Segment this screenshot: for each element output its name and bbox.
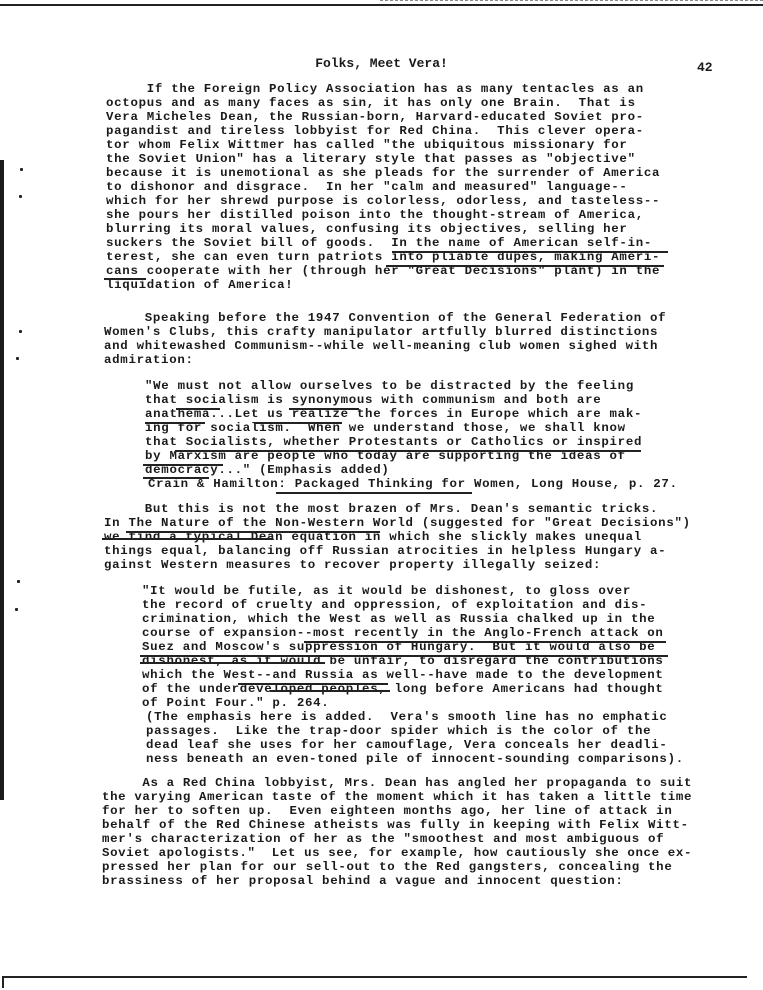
text-line: admiration: bbox=[104, 353, 194, 367]
handwritten-underline bbox=[140, 662, 325, 664]
text-line: Women's Clubs, this crafty manipulator a… bbox=[104, 325, 658, 339]
text-line-underlined: suckers the Soviet bill of goods. In the… bbox=[106, 236, 652, 250]
quote-line: crimination, which the West as well as R… bbox=[142, 612, 655, 626]
handwritten-underline bbox=[289, 408, 359, 410]
text-line: for her to soften up. Even eighteen mont… bbox=[102, 804, 672, 818]
text-line: octopus and as many faces as sin, it has… bbox=[106, 96, 636, 110]
page-number: 42 bbox=[697, 60, 713, 75]
left-scan-edge bbox=[0, 160, 4, 800]
quote-line: which the West--and Russia as well--have… bbox=[142, 668, 664, 682]
handwritten-underline bbox=[140, 655, 668, 657]
handwritten-underline bbox=[102, 538, 272, 540]
top-scan-dotted-edge bbox=[380, 0, 763, 2]
top-scan-border bbox=[0, 4, 763, 6]
scan-speck bbox=[19, 330, 22, 333]
quote-line: that socialism is synonymous with commun… bbox=[145, 393, 601, 407]
handwritten-underline bbox=[145, 422, 205, 424]
note-line: dead leaf she uses for her camouflage, V… bbox=[146, 738, 668, 752]
scan-speck bbox=[20, 168, 23, 171]
handwritten-underline bbox=[270, 690, 390, 692]
page-title: Folks, Meet Vera! bbox=[0, 56, 763, 71]
text-line: things equal, balancing off Russian atro… bbox=[104, 544, 666, 558]
text-line: behalf of the Red Chinese atheists was f… bbox=[102, 818, 689, 832]
handwritten-underline bbox=[386, 265, 664, 267]
handwritten-underline bbox=[304, 641, 666, 643]
text-line: liquidation of America! bbox=[106, 278, 293, 292]
quote-line: that Socialists, whether Protestants or … bbox=[145, 435, 642, 449]
text-line: In The Nature of the Non-Western World (… bbox=[104, 516, 691, 530]
handwritten-underline bbox=[392, 251, 668, 253]
quote-line: of Point Four." p. 264. bbox=[142, 696, 329, 710]
scan-speck bbox=[16, 357, 19, 360]
handwritten-underline bbox=[143, 477, 209, 479]
quote-line: "It would be futile, as it would be dish… bbox=[142, 584, 631, 598]
text-line: which for her shrewd purpose is colorles… bbox=[106, 194, 660, 208]
note-line: passages. Like the trap-door spider whic… bbox=[146, 724, 651, 738]
note-line: ness beneath an even-toned pile of innoc… bbox=[146, 752, 684, 766]
text-line: If the Foreign Policy Association has as… bbox=[106, 82, 644, 96]
text-line: the varying American taste of the moment… bbox=[102, 790, 692, 804]
scan-speck bbox=[19, 195, 22, 198]
quote-line: ing for socialism. When we understand th… bbox=[145, 421, 626, 435]
handwritten-underline bbox=[143, 464, 223, 466]
quote-line: of the underdeveloped peoples, long befo… bbox=[142, 682, 664, 696]
bottom-scan-border bbox=[2, 976, 747, 978]
scan-speck bbox=[17, 580, 20, 583]
text-line: blurring its moral values, confusing its… bbox=[106, 222, 628, 236]
text-line: Soviet apologists." Let us see, for exam… bbox=[102, 846, 692, 860]
text-line: tor whom Felix Wittmer has called "the u… bbox=[106, 138, 628, 152]
text-line: to dishonor and disgrace. In her "calm a… bbox=[106, 180, 628, 194]
text-line: But this is not the most brazen of Mrs. … bbox=[104, 502, 658, 516]
handwritten-underline bbox=[176, 408, 220, 410]
scan-speck bbox=[15, 608, 18, 611]
text-line: Vera Micheles Dean, the Russian-born, Ha… bbox=[106, 110, 644, 124]
text-line: brassiness of her proposal behind a vagu… bbox=[102, 874, 624, 888]
quote-line: the record of cruelty and oppression, of… bbox=[142, 598, 647, 612]
text-line: and whitewashed Communism--while well-me… bbox=[104, 339, 658, 353]
text-line: pressed her plan for our sell-out to the… bbox=[102, 860, 672, 874]
text-line: Speaking before the 1947 Convention of t… bbox=[104, 311, 666, 325]
handwritten-underline bbox=[104, 278, 146, 280]
text-line: gainst Western measures to recover prope… bbox=[104, 558, 601, 572]
quote-line: course of expansion--most recently in th… bbox=[142, 626, 664, 640]
citation: Crain & Hamilton: Packaged Thinking for … bbox=[148, 477, 678, 491]
quote-line: "We must not allow ourselves to be distr… bbox=[145, 379, 634, 393]
title-underline bbox=[126, 531, 380, 533]
citation-underline bbox=[276, 492, 472, 494]
text-line: the Soviet Union" has a literary style t… bbox=[106, 152, 636, 166]
text-line: mer's characterization of her as the "sm… bbox=[102, 832, 664, 846]
note-line: (The emphasis here is added. Vera's smoo… bbox=[146, 710, 668, 724]
text-line: she pours her distilled poison into the … bbox=[106, 208, 644, 222]
text-line: As a Red China lobbyist, Mrs. Dean has a… bbox=[102, 776, 692, 790]
text-line: pagandist and tireless lobbyist for Red … bbox=[106, 124, 644, 138]
handwritten-underline bbox=[238, 683, 388, 685]
bottom-scan-corner bbox=[2, 976, 4, 988]
handwritten-underline bbox=[254, 422, 342, 424]
text-line: because it is unemotional as she pleads … bbox=[106, 166, 660, 180]
handwritten-underline bbox=[175, 450, 641, 452]
